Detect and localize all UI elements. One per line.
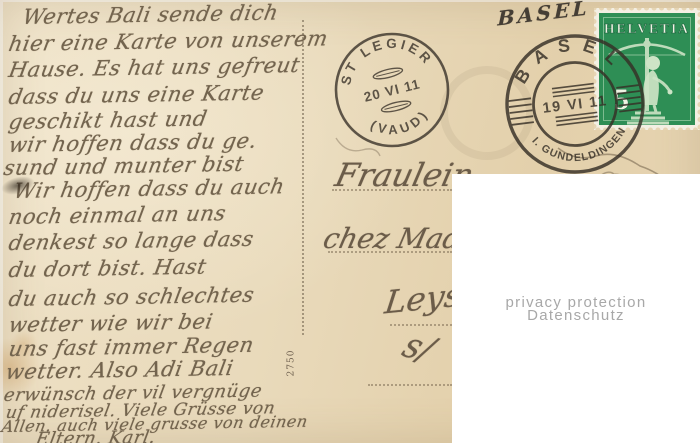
privacy-overlay: privacy protection Datenschutz	[452, 174, 700, 443]
postcard-scan: Wertes Bali sende dich hier eine Karte v…	[0, 0, 700, 443]
svg-text:BASEL: BASEL	[507, 28, 633, 89]
privacy-text-de: Datenschutz	[527, 307, 625, 324]
postmark-date: 20 VI 11	[362, 76, 421, 104]
postmark-date: 19 VI 11	[542, 93, 609, 117]
postmark-basel: BASEL I. GUNDELDINGEN 19 VI 11	[494, 23, 657, 186]
postmark-town-label: BASEL	[507, 28, 633, 89]
